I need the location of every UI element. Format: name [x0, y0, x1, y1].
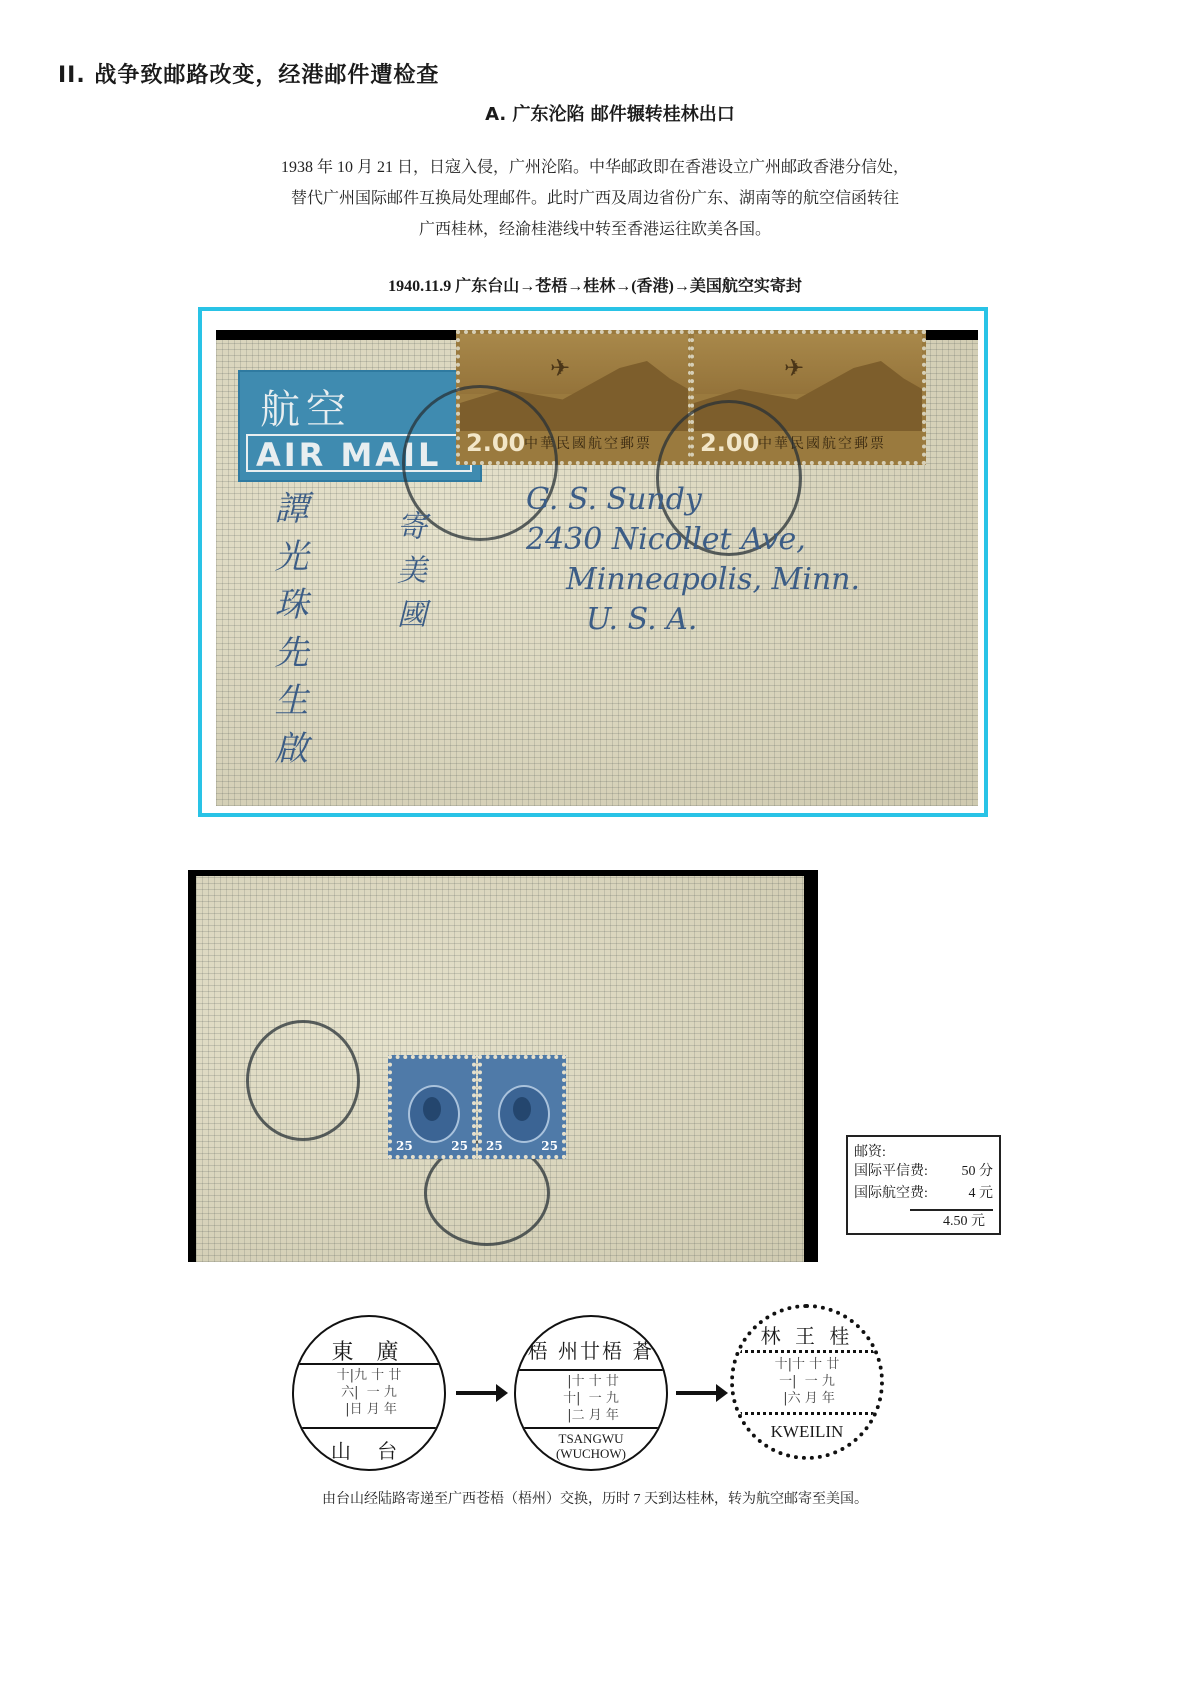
sender-handwriting: 譚光珠先生啟 [264, 490, 313, 778]
country-handwriting: 寄美國 [386, 510, 430, 642]
postage-row: 国际航空费: 4 元 [854, 1183, 993, 1205]
subsection-title: A. 广东沦陷 邮件辗转桂林出口 [0, 100, 1190, 126]
address-block: G. S. Sundy 2430 Nicollet Ave, Minneapol… [526, 480, 860, 640]
intro-line: 1938 年 10 月 21 日，日寇入侵，广州沦陷。中华邮政即在香港设立广州邮… [230, 152, 960, 183]
arrow-right-icon [676, 1391, 722, 1395]
front-cover-image: 航空 AIR MAIL ✈ 2.00 中華民國航空郵票 ✈ 2.00 中華民國航… [216, 330, 978, 806]
arrow-right-icon [456, 1391, 502, 1395]
postage-row: 国际平信费: 50 分 [854, 1161, 993, 1183]
definitive-stamp: 25 25 [478, 1055, 566, 1159]
airplane-icon: ✈ [784, 354, 804, 382]
intro-line: 替代广州国际邮件互换局处理邮件。此时广西及周边省份广东、湖南等的航空信函转往 [230, 183, 960, 214]
cover-caption: 1940.11.9 广东台山→苍梧→桂林→(香港)→美国航空实寄封 [0, 273, 1190, 296]
section-title: II. 战争致邮路改变，经港邮件遭检查 [58, 58, 439, 89]
airmail-label-cn: 航空 [260, 378, 352, 435]
postage-summary: 邮资: 国际平信费: 50 分 国际航空费: 4 元 4.50 元 [846, 1135, 1001, 1235]
back-cover-image: 25 25 25 25 [188, 870, 818, 1262]
postage-heading: 邮资: [854, 1141, 993, 1161]
postage-total: 4.50 元 [854, 1211, 993, 1233]
postmark-diagram-kweilin: 林 王 桂 十|十 十 廿 一| 一 九 |六 月 年 KWEILIN [730, 1304, 884, 1460]
airplane-icon: ✈ [550, 354, 570, 382]
route-caption: 由台山经陆路寄递至广西苍梧（梧州）交换，历时 7 天到达桂林，转为航空邮寄至美国… [0, 1488, 1190, 1508]
intro-line: 广西桂林，经渝桂港线中转至香港运往欧美各国。 [230, 214, 960, 245]
portrait-icon [498, 1085, 550, 1143]
intro-paragraph: 1938 年 10 月 21 日，日寇入侵，广州沦陷。中华邮政即在香港设立广州邮… [230, 152, 960, 245]
postmark-diagram-tsangwu: 梧 州廿梧 蒼 |十 十 廿 十| 一 九 |二 月 年 TSANGWU (WU… [514, 1315, 668, 1471]
portrait-icon [408, 1085, 460, 1143]
postmark-diagram-taishan: 東 廣 十|九 十 廿 六| 一 九 |日 月 年 山 台 [292, 1315, 446, 1471]
definitive-stamp: 25 25 [388, 1055, 476, 1159]
postmark [246, 1020, 360, 1141]
